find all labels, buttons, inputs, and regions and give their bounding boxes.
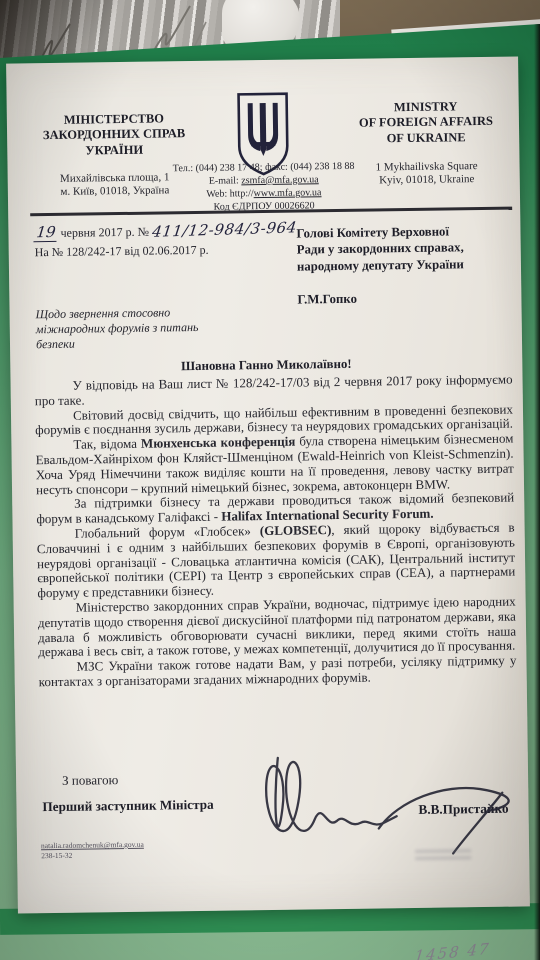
letter-body: У відповідь на Ваш лист № 128/242-17/03 … bbox=[35, 373, 517, 690]
reference-block: 19 червня 2017 р. № 411/12-984/3-964 На … bbox=[34, 220, 296, 261]
subject-line: Щодо звернення стосовно міжнародних фору… bbox=[35, 304, 232, 352]
addressee-block: Голові Комітету Верховної Ради у закордо… bbox=[296, 223, 509, 308]
handwritten-day: 19 bbox=[33, 223, 58, 242]
photo-scene: МІНІСТЕРСТВО ЗАКОРДОННИХ СПРАВ УКРАЇНИ М… bbox=[0, 0, 540, 960]
body-paragraph-5: Глобальний форум «Глобсек» (GLOBSEC), як… bbox=[37, 521, 516, 602]
ministry-en-line: OF UKRAINE bbox=[345, 129, 507, 147]
ministry-title-ukrainian: МІНІСТЕРСТВО ЗАКОРДОННИХ СПРАВ УКРАЇНИ bbox=[25, 111, 204, 159]
date-printed: червня 2017 р. № bbox=[57, 225, 149, 240]
folder-right-shadow-edge bbox=[534, 24, 540, 960]
executor-email: natalia.radomchenuk@mfa.gov.ua bbox=[41, 840, 144, 852]
regards-line: З повагою bbox=[62, 772, 118, 789]
email-address: zsmfa@mfa.gov.ua bbox=[241, 174, 319, 186]
signer-name: В.В.Пристайко bbox=[418, 801, 508, 818]
addressee-name: Г.М.Гопко bbox=[297, 289, 509, 308]
ministry-uk-line: ЗАКОРДОННИХ СПРАВ bbox=[25, 126, 203, 144]
body-paragraph-3: Так, відома Мюнхенська конференція була … bbox=[35, 432, 514, 498]
letter-document: МІНІСТЕРСТВО ЗАКОРДОННИХ СПРАВ УКРАЇНИ М… bbox=[6, 56, 530, 913]
ministry-uk-line: УКРАЇНИ bbox=[25, 141, 203, 159]
addressee-line: народному депутату України bbox=[297, 255, 509, 274]
body-paragraph-7: МЗС України також готове надати Вам, у р… bbox=[38, 654, 516, 690]
reply-to-line: На № 128/242-17 від 02.06.2017 р. bbox=[35, 242, 297, 261]
executor-phone: 238-15-32 bbox=[41, 850, 144, 862]
contact-block: Тел.: (044) 238 17 48; факс: (044) 238 1… bbox=[141, 159, 386, 214]
executor-contact: natalia.radomchenuk@mfa.gov.ua 238-15-32 bbox=[41, 840, 144, 862]
web-address: www.mfa.gov.ua bbox=[254, 187, 322, 199]
body-paragraph-6: Міністерство закордонних справ України, … bbox=[38, 595, 517, 661]
signer-position: Перший заступник Міністра bbox=[42, 797, 213, 815]
ministry-en-line: OF FOREIGN AFFAIRS bbox=[345, 114, 507, 132]
date-number-line: 19 червня 2017 р. № 411/12-984/3-964 bbox=[34, 220, 296, 243]
ministry-title-english: MINISTRY OF FOREIGN AFFAIRS OF UKRAINE bbox=[345, 99, 508, 147]
faint-stamp-mark bbox=[415, 845, 471, 860]
handwritten-outgoing-number: 411/12-984/3-964 bbox=[151, 218, 298, 241]
